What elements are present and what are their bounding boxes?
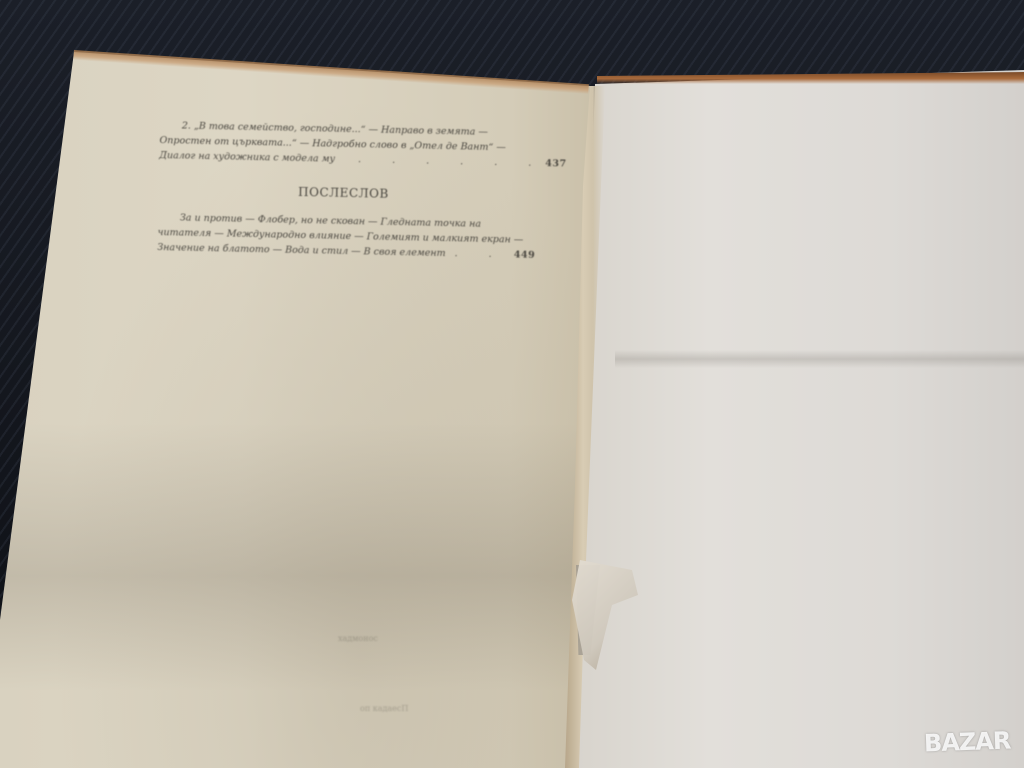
toc-leaders: . . xyxy=(448,248,505,260)
right-page-endpaper xyxy=(575,70,1024,768)
toc-entry-2: 2. „В това семейство, господине...“ — На… xyxy=(159,118,538,171)
left-page xyxy=(0,0,600,768)
toc-line: Диалог на художника с модела му xyxy=(159,150,335,165)
bazar-watermark-logo: BAZAR xyxy=(923,727,1010,758)
toc-leaders: . . . . . . xyxy=(338,154,545,169)
bleedthrough-text: хадмонос xyxy=(338,634,378,643)
toc-entry-afterword: За и против — Флобер, но не скован — Гле… xyxy=(157,210,536,263)
toc-page-number: 449 xyxy=(514,247,536,262)
bleedthrough-text: оп кадаесП xyxy=(360,704,408,713)
toc-section-heading: ПОСЛЕСЛОВ xyxy=(158,182,536,205)
table-of-contents: 2. „В това семейство, господине...“ — На… xyxy=(157,118,538,263)
toc-page-number: 437 xyxy=(545,156,567,171)
right-page-fold-crease xyxy=(615,350,1024,368)
